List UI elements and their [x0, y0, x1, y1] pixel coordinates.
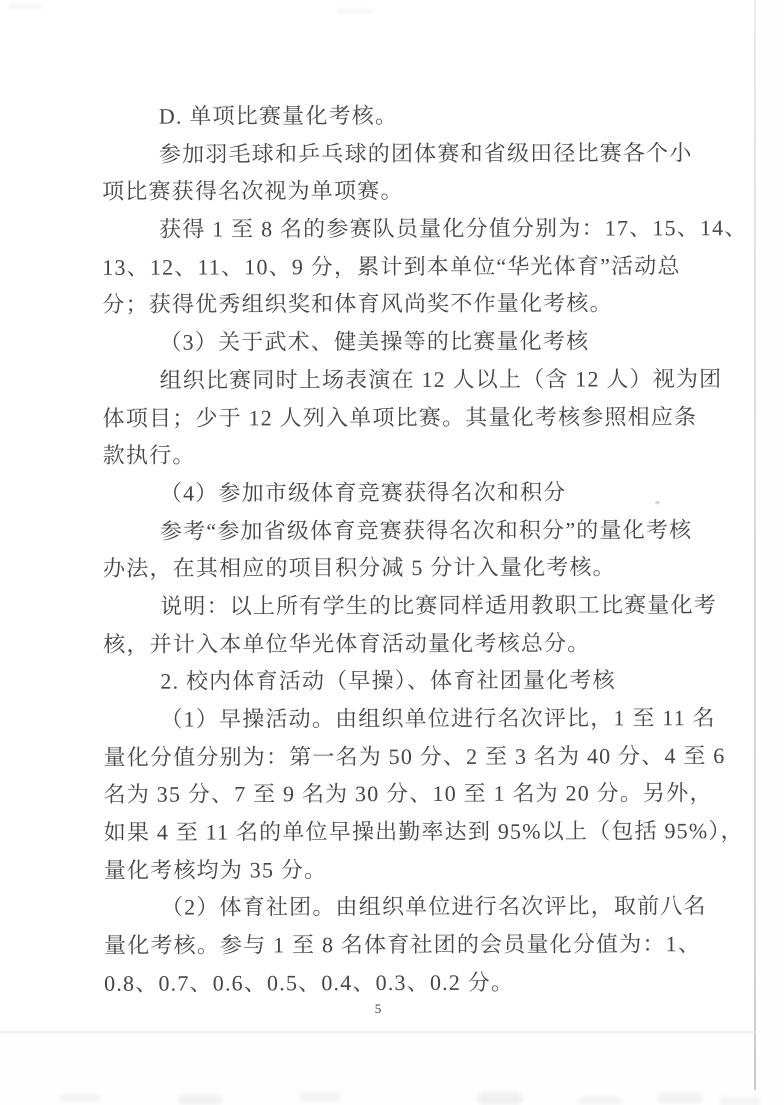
scanned-document: D. 单项比赛量化考核。 参加羽毛球和乒乓球的团体赛和省级田径比赛各个小 项比赛… — [0, 0, 784, 1105]
text-line: （4）参加市级体育竞赛获得名次和积分 — [103, 473, 693, 512]
text-line: 量化考核均为 35 分。 — [104, 850, 694, 889]
page-number: 5 — [0, 1001, 756, 1017]
text-line: 核，并计入本单位华光体育活动量化考核总分。 — [103, 624, 693, 663]
scan-speck — [655, 501, 660, 504]
text-line: （3）关于武术、健美操等的比赛量化考核 — [102, 322, 692, 361]
text-line: 量化考核。参与 1 至 8 名体育社团的会员量化分值为：1、 — [104, 925, 694, 964]
text-line: 获得 1 至 8 名的参赛队员量化分值分别为：17、15、14、 — [102, 209, 692, 248]
text-line: 0.8、0.7、0.6、0.5、0.4、0.3、0.2 分。 — [104, 963, 694, 1002]
text-line: 2. 校内体育活动（早操）、体育社团量化考核 — [103, 662, 693, 701]
text-line: （1）早操活动。由组织单位进行名次评比，1 至 11 名 — [103, 699, 693, 738]
document-body: D. 单项比赛量化考核。 参加羽毛球和乒乓球的团体赛和省级田径比赛各个小 项比赛… — [102, 96, 694, 1002]
text-line: 说明：以上所有学生的比赛同样适用教职工比赛量化考 — [103, 586, 693, 625]
text-line: 体项目；少于 12 人列入单项比赛。其量化考核参照相应条 — [103, 398, 693, 437]
text-line: 参考“参加省级体育竞赛获得名次和积分”的量化考核 — [103, 511, 693, 550]
text-line: 量化分值分别为：第一名为 50 分、2 至 3 名为 40 分、4 至 6 — [103, 737, 693, 776]
text-line: 分；获得优秀组织奖和体育风尚奖不作量化考核。 — [102, 285, 692, 324]
scan-page-right-edge — [754, 0, 756, 1090]
scan-page-bottom-edge — [0, 1031, 755, 1033]
text-line: 13、12、11、10、9 分，累计到本单位“华光体育”活动总 — [102, 247, 692, 286]
text-line: 办法，在其相应的项目积分减 5 分计入量化考核。 — [103, 548, 693, 587]
scan-top-artifact — [8, 4, 42, 10]
scan-bottom-artifact — [60, 1094, 100, 1101]
text-line: 参加羽毛球和乒乓球的团体赛和省级田径比赛各个小 — [102, 134, 692, 173]
text-line: 组织比赛同时上场表演在 12 人以上（含 12 人）视为团 — [103, 360, 693, 399]
text-line: 项比赛获得名次视为单项赛。 — [102, 172, 692, 211]
text-line: 如果 4 至 11 名的单位早操出勤率达到 95%以上（包括 95%）， — [104, 812, 694, 851]
text-line: （2）体育社团。由组织单位进行名次评比，取前八名 — [104, 888, 694, 927]
text-line: D. 单项比赛量化考核。 — [102, 96, 692, 135]
text-line: 款执行。 — [103, 435, 693, 474]
text-line: 名为 35 分、7 至 9 名为 30 分、10 至 1 名为 20 分。另外， — [104, 775, 694, 814]
